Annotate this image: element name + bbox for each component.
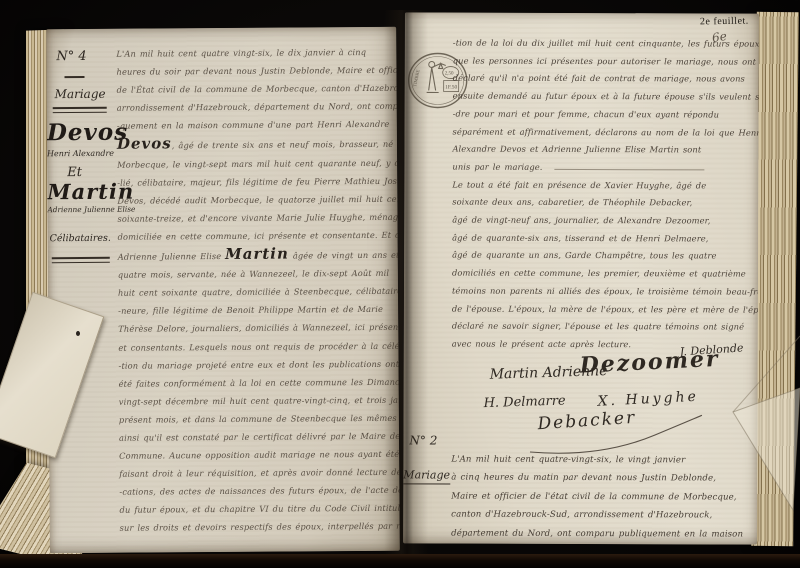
handwritten-text: ensuite demandé au futur époux et à la f… bbox=[453, 91, 759, 102]
signature-witness-huyghe: X. Huyghe bbox=[597, 389, 699, 410]
handwritten-text: -dre pour mari et pour femme, chacun d'e… bbox=[453, 108, 720, 119]
folio-number-stamp: 2e feuillet. bbox=[700, 16, 749, 28]
signature-witness-delmarre: H. Delmarre bbox=[483, 394, 566, 412]
act2-category-margin: Mariage bbox=[403, 468, 450, 484]
handwritten-text: sur les droits et devoirs respectifs des… bbox=[120, 521, 400, 533]
act-category-margin: Mariage bbox=[55, 87, 106, 101]
handwritten-text: soixante-treize, et d'encore vivante Mar… bbox=[117, 212, 399, 224]
act1-body-text-right: -tion de la loi du dix juillet mil huit … bbox=[452, 35, 755, 355]
handwritten-text: âgé de vingt-neuf ans, journalier, de Al… bbox=[452, 215, 710, 226]
handwritten-text: L'An mil huit cent quatre vingt-six, le … bbox=[116, 47, 366, 59]
handwritten-text: quatre mois, servante, née à Wannezeel, … bbox=[118, 268, 389, 280]
handwritten-text: domiciliés en cette commune, les premier… bbox=[452, 268, 746, 279]
act1-body-text-left: L'An mil huit cent quatre vingt-six, le … bbox=[116, 43, 397, 537]
right-page: TIMBRE 2,50 1F.50 -tion de la loi du dix… bbox=[403, 12, 759, 544]
handwritten-text: vingt-sept décembre mil huit cent quatre… bbox=[119, 394, 400, 406]
handwritten-text: du futur époux, et du chapitre VI du tit… bbox=[119, 503, 399, 515]
handwritten-text: Alexandre Devos et Adrienne Julienne Eli… bbox=[452, 144, 701, 155]
act2-number-margin: N° 2 bbox=[409, 433, 437, 447]
handwritten-text: -tion du mariage projeté entre eux et do… bbox=[118, 358, 399, 370]
handwritten-text: unis par le mariage. bbox=[452, 161, 542, 171]
emphasized-name: Martin bbox=[225, 245, 289, 263]
register-book-photo: N° 4 Mariage Devos Henri Alexandre Et Ma… bbox=[0, 0, 800, 568]
handwritten-text: été faites conformément à la loi en cett… bbox=[119, 376, 400, 388]
handwritten-text: département du Nord, ont comparu publiqu… bbox=[451, 528, 743, 539]
handwritten-text: de l'État civil de la commune de Morbecq… bbox=[117, 83, 400, 95]
handwritten-text: à cinq heures du matin par devant nous J… bbox=[451, 473, 716, 484]
handwritten-text: témoins non parents ni alliés des époux,… bbox=[452, 285, 759, 296]
handwritten-text: -neure, fille légitime de Benoit Philipp… bbox=[118, 304, 383, 316]
margin-rule bbox=[52, 257, 110, 263]
handwritten-text: âgé de quarante-six ans, tisserand et de… bbox=[452, 232, 708, 243]
act2-body-text: L'An mil huit cent quatre-vingt-six, le … bbox=[451, 451, 753, 544]
groom-given-names-margin: Henri Alexandre bbox=[47, 149, 114, 158]
handwritten-text: L'An mil huit cent quatre-vingt-six, le … bbox=[451, 455, 685, 466]
left-page: N° 4 Mariage Devos Henri Alexandre Et Ma… bbox=[46, 27, 400, 553]
handwritten-text: -lié, célibataire, majeur, fils légitime… bbox=[117, 175, 400, 187]
handwritten-text: canton d'Hazebrouck-Sud, arrondissement … bbox=[451, 510, 712, 521]
handwritten-text: huit cent soixante quatre, domiciliée à … bbox=[118, 286, 400, 298]
margin-rule bbox=[53, 107, 107, 113]
margin-rule bbox=[65, 76, 85, 78]
handwritten-text: ainsi qu'il est constaté par le certific… bbox=[119, 431, 400, 443]
handwritten-text: soixante deux ans, cabaretier, de Théoph… bbox=[452, 197, 692, 208]
handwritten-text: -cations, des actes de naissances des fu… bbox=[119, 485, 399, 497]
handwritten-text: de l'épouse. L'époux, la mère de l'époux… bbox=[452, 303, 759, 314]
handwritten-text: séparément et affirmativement, déclarons… bbox=[452, 126, 758, 137]
handwritten-text: présent mois, et dans la commune de Stee… bbox=[119, 412, 400, 424]
handwritten-text: déclaré ne savoir signer, l'épouse et le… bbox=[452, 321, 744, 332]
handwritten-text: Devos, décédé audit Morbecque, le quator… bbox=[117, 193, 399, 205]
ink-speck bbox=[76, 331, 80, 336]
handwritten-text: domiciliée en cette commune, ici présent… bbox=[118, 229, 400, 241]
civil-status-margin: Célibataires. bbox=[50, 233, 111, 244]
handwritten-text: Maire et officier de l'état civil de la … bbox=[451, 491, 736, 502]
handwritten-text: faisant droit à leur réquisition, et apr… bbox=[119, 467, 400, 479]
handwritten-text: Commune. Aucune opposition audit mariage… bbox=[119, 449, 400, 461]
handwritten-text: , âgé de trente six ans et neuf mois, br… bbox=[172, 139, 400, 151]
handwritten-text: Le tout a été fait en présence de Xavier… bbox=[452, 179, 706, 190]
handwritten-text: âgé de quarante un ans, Garde Champêtre,… bbox=[452, 250, 716, 261]
handwritten-text: Morbecque, le vingt-sept mars mil huit c… bbox=[117, 157, 400, 169]
handwritten-paraph: 6e bbox=[711, 29, 728, 45]
handwritten-text: âgée de vingt un ans et bbox=[289, 250, 400, 261]
handwritten-text: -quement en la maison commune d'une part… bbox=[117, 119, 390, 131]
handwritten-text: Thérèse Delore, journaliers, domiciliés … bbox=[118, 322, 400, 334]
handwritten-text: arrondissement d'Hazebrouck, département… bbox=[117, 101, 400, 113]
conjunction-margin: Et bbox=[67, 165, 82, 180]
signature-bride: Martin Adrienne bbox=[489, 363, 607, 383]
handwritten-text: que les personnes ici présentes pour aut… bbox=[453, 55, 756, 66]
handwritten-text: déclaré qu'il n'a point été fait de cont… bbox=[453, 73, 745, 84]
table-edge-shadow bbox=[0, 554, 800, 568]
act-number-margin: N° 4 bbox=[56, 49, 86, 64]
handwritten-text: Adrienne Julienne Elise bbox=[118, 251, 225, 262]
signature-witness-debacker: Debacker bbox=[537, 408, 637, 434]
handwritten-text: avec nous le présent acte après lecture. bbox=[452, 339, 631, 350]
handwritten-text: heures du soir par devant nous Justin De… bbox=[116, 65, 399, 77]
handwritten-text: et consentants. Lesquels nous ont requis… bbox=[118, 340, 399, 352]
emphasized-name: Devos bbox=[117, 135, 172, 153]
